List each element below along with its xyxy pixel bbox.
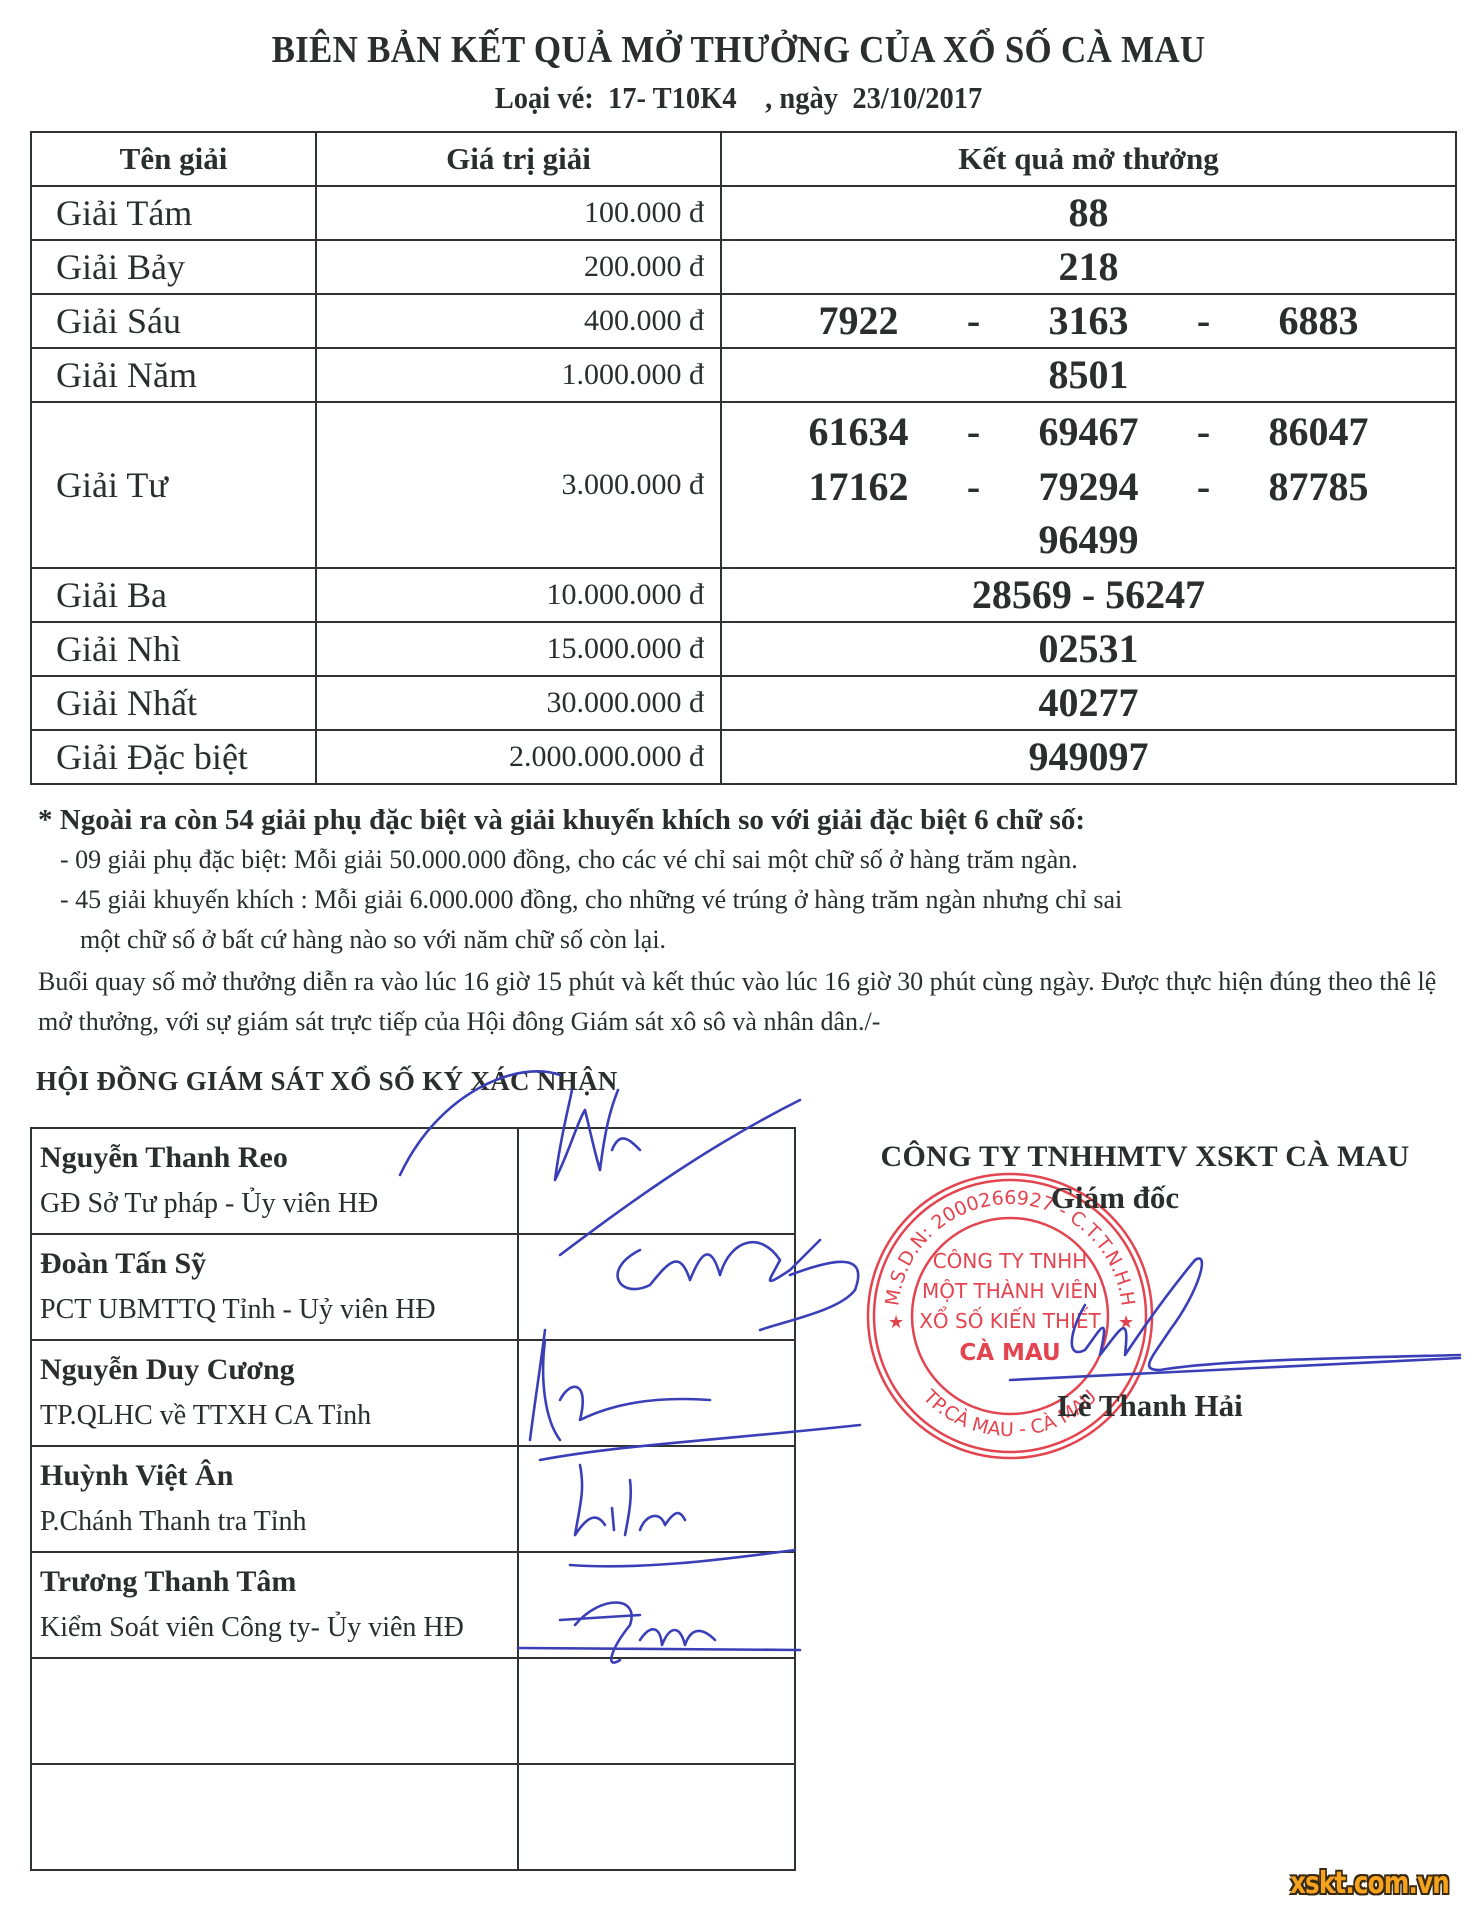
ticket-type: Loại vé: 17- T10K4 bbox=[495, 80, 737, 115]
winning-number: 61634 bbox=[774, 404, 944, 459]
results-table: Tên giải Giá trị giải Kết quả mở thưởng … bbox=[30, 131, 1457, 785]
prize-name: Giải Tư bbox=[31, 402, 316, 568]
winning-number: 3163 bbox=[1004, 295, 1174, 347]
council-member-row: Huỳnh Việt ÂnP.Chánh Thanh tra Tỉnh bbox=[31, 1446, 795, 1552]
council-member bbox=[31, 1764, 518, 1870]
prize-result: 8501 bbox=[721, 348, 1456, 402]
prize-row-7: Giải Bảy 200.000 đ 218 bbox=[31, 240, 1456, 294]
star-icon: ★ bbox=[1118, 1312, 1134, 1333]
prize-name: Giải Nhất bbox=[31, 676, 316, 730]
winning-numbers: 28569 - 56247 bbox=[722, 569, 1455, 621]
winning-number: 6883 bbox=[1234, 295, 1404, 347]
stamp-line: CÀ MAU bbox=[959, 1338, 1060, 1366]
winning-number: 02531 bbox=[722, 623, 1455, 675]
prize-row-6: Giải Sáu 400.000 đ 7922 - 3163 - 6883 bbox=[31, 294, 1456, 348]
stamp-line: XỔ SỐ KIẾN THIẾT bbox=[919, 1307, 1101, 1333]
notes-heading: * Ngoài ra còn 54 giải phụ đặc biệt và g… bbox=[38, 800, 1458, 840]
winning-number: 96499 bbox=[722, 514, 1455, 566]
separator: - bbox=[944, 295, 1004, 347]
prize-name: Giải Sáu bbox=[31, 294, 316, 348]
member-role: Kiểm Soát viên Công ty- Ủy viên HĐ bbox=[40, 1611, 517, 1645]
prize-result: 40277 bbox=[721, 676, 1456, 730]
signature-cell bbox=[518, 1234, 795, 1340]
member-role: PCT UBMTTQ Tỉnh - Uỷ viên HĐ bbox=[40, 1293, 517, 1327]
signature-cell bbox=[518, 1764, 795, 1870]
prize-value: 2.000.000.000 đ bbox=[316, 730, 721, 784]
council-member-row: Nguyễn Duy CươngTP.QLHC về TTXH CA Tỉnh bbox=[31, 1340, 795, 1446]
prize-result: 02531 bbox=[721, 622, 1456, 676]
separator: - bbox=[1174, 404, 1234, 459]
prize-value: 1.000.000 đ bbox=[316, 348, 721, 402]
results-header-row: Tên giải Giá trị giải Kết quả mở thưởng bbox=[31, 132, 1456, 186]
council-member-row: Trương Thanh TâmKiểm Soát viên Công ty- … bbox=[31, 1552, 795, 1658]
member-name: Trương Thanh Tâm bbox=[40, 1565, 517, 1599]
header-prize-name: Tên giải bbox=[31, 132, 316, 186]
separator: - bbox=[944, 459, 1004, 514]
prize-row-5: Giải Năm 1.000.000 đ 8501 bbox=[31, 348, 1456, 402]
separator: - bbox=[1174, 459, 1234, 514]
winning-number: 79294 bbox=[1004, 459, 1174, 514]
council-member-row bbox=[31, 1764, 795, 1870]
winning-number: 8501 bbox=[722, 349, 1455, 401]
prize-name: Giải Đặc biệt bbox=[31, 730, 316, 784]
prize-value: 400.000 đ bbox=[316, 294, 721, 348]
winning-number: 40277 bbox=[722, 677, 1455, 729]
signature-cell bbox=[518, 1340, 795, 1446]
note-item-encouragement: - 45 giải khuyến khích : Mỗi giải 6.000.… bbox=[38, 880, 1458, 960]
prize-result: 949097 bbox=[721, 730, 1456, 784]
prize-result: 7922 - 3163 - 6883 bbox=[721, 294, 1456, 348]
council-member-row bbox=[31, 1658, 795, 1764]
prize-value: 100.000 đ bbox=[316, 186, 721, 240]
prize-result: 88 bbox=[721, 186, 1456, 240]
winning-number: 218 bbox=[722, 241, 1455, 293]
prize-name: Giải Tám bbox=[31, 186, 316, 240]
signature-cell bbox=[518, 1552, 795, 1658]
note-item-special-consolation: - 09 giải phụ đặc biệt: Mỗi giải 50.000.… bbox=[38, 840, 1458, 880]
council-member: Đoàn Tấn SỹPCT UBMTTQ Tỉnh - Uỷ viên HĐ bbox=[31, 1234, 518, 1340]
winning-number: 88 bbox=[722, 187, 1455, 239]
winning-number: 86047 bbox=[1234, 404, 1404, 459]
signature-cell bbox=[518, 1128, 795, 1234]
prize-value: 200.000 đ bbox=[316, 240, 721, 294]
director-title: Giám đốc bbox=[980, 1180, 1250, 1216]
prize-name: Giải Ba bbox=[31, 568, 316, 622]
prize-row-3: Giải Ba 10.000.000 đ 28569 - 56247 bbox=[31, 568, 1456, 622]
signature-cell bbox=[518, 1446, 795, 1552]
prize-name: Giải Bảy bbox=[31, 240, 316, 294]
winning-number: 7922 bbox=[774, 295, 944, 347]
council-member bbox=[31, 1658, 518, 1764]
prize-result: 218 bbox=[721, 240, 1456, 294]
council-title: HỘI ĐỒNG GIÁM SÁT XỔ SỐ KÝ XÁC NHẬN bbox=[36, 1066, 618, 1097]
council-member-row: Đoàn Tấn SỹPCT UBMTTQ Tỉnh - Uỷ viên HĐ bbox=[31, 1234, 795, 1340]
member-role: P.Chánh Thanh tra Tỉnh bbox=[40, 1505, 517, 1539]
header-draw-result: Kết quả mở thưởng bbox=[721, 132, 1456, 186]
prize-row-special: Giải Đặc biệt 2.000.000.000 đ 949097 bbox=[31, 730, 1456, 784]
prize-value: 3.000.000 đ bbox=[316, 402, 721, 568]
winning-number: 69467 bbox=[1004, 404, 1174, 459]
prize-row-4: Giải Tư 3.000.000 đ 61634 - 69467 - 8604… bbox=[31, 402, 1456, 568]
stamp-line: MỘT THÀNH VIÊN bbox=[922, 1279, 1098, 1303]
council-member: Nguyễn Thanh ReoGĐ Sở Tư pháp - Ủy viên … bbox=[31, 1128, 518, 1234]
council-signature-table: Nguyễn Thanh ReoGĐ Sở Tư pháp - Ủy viên … bbox=[30, 1127, 796, 1871]
member-name: Huỳnh Việt Ân bbox=[40, 1459, 517, 1493]
note-line: một chữ số ở bất cứ hàng nào so với năm … bbox=[60, 920, 1458, 960]
prize-value: 10.000.000 đ bbox=[316, 568, 721, 622]
council-member: Huỳnh Việt ÂnP.Chánh Thanh tra Tỉnh bbox=[31, 1446, 518, 1552]
note-line: - 45 giải khuyến khích : Mỗi giải 6.000.… bbox=[60, 885, 1122, 914]
signature-cell bbox=[518, 1658, 795, 1764]
header-prize-value: Giá trị giải bbox=[316, 132, 721, 186]
draw-time-paragraph: Buổi quay số mở thưởng diễn ra vào lúc 1… bbox=[38, 962, 1458, 1042]
winning-number: 87785 bbox=[1234, 459, 1404, 514]
council-member-row: Nguyễn Thanh ReoGĐ Sở Tư pháp - Ủy viên … bbox=[31, 1128, 795, 1234]
member-name: Đoàn Tấn Sỹ bbox=[40, 1247, 517, 1281]
winning-number: 949097 bbox=[722, 731, 1455, 783]
member-name: Nguyễn Thanh Reo bbox=[40, 1141, 517, 1175]
member-role: GĐ Sở Tư pháp - Ủy viên HĐ bbox=[40, 1187, 517, 1221]
member-role: TP.QLHC về TTXH CA Tỉnh bbox=[40, 1399, 517, 1433]
star-icon: ★ bbox=[888, 1312, 904, 1333]
council-member: Nguyễn Duy CươngTP.QLHC về TTXH CA Tỉnh bbox=[31, 1340, 518, 1446]
member-name: Nguyễn Duy Cương bbox=[40, 1353, 517, 1387]
document-title: BIÊN BẢN KẾT QUẢ MỞ THƯỞNG CỦA XỔ SỐ CÀ … bbox=[59, 28, 1418, 72]
director-name: Lê Thanh Hải bbox=[1020, 1388, 1280, 1424]
prize-value: 15.000.000 đ bbox=[316, 622, 721, 676]
prize-row-2: Giải Nhì 15.000.000 đ 02531 bbox=[31, 622, 1456, 676]
separator: - bbox=[1174, 295, 1234, 347]
separator: - bbox=[944, 404, 1004, 459]
document-subtitle: Loại vé: 17- T10K4 , ngày 23/10/2017 bbox=[59, 80, 1418, 116]
prize-result: 61634 - 69467 - 86047 17162 - 79294 - 87… bbox=[721, 402, 1456, 568]
prize-name: Giải Nhì bbox=[31, 622, 316, 676]
prize-value: 30.000.000 đ bbox=[316, 676, 721, 730]
site-watermark: xskt.com.vn bbox=[1290, 1866, 1449, 1901]
notes-section: * Ngoài ra còn 54 giải phụ đặc biệt và g… bbox=[38, 800, 1458, 1042]
prize-row-1: Giải Nhất 30.000.000 đ 40277 bbox=[31, 676, 1456, 730]
prize-name: Giải Năm bbox=[31, 348, 316, 402]
prize-result: 28569 - 56247 bbox=[721, 568, 1456, 622]
stamp-line: CÔNG TY TNHH bbox=[933, 1249, 1088, 1273]
council-member: Trương Thanh TâmKiểm Soát viên Công ty- … bbox=[31, 1552, 518, 1658]
prize-row-8: Giải Tám 100.000 đ 88 bbox=[31, 186, 1456, 240]
draw-date: , ngày 23/10/2017 bbox=[737, 80, 983, 115]
winning-number: 17162 bbox=[774, 459, 944, 514]
